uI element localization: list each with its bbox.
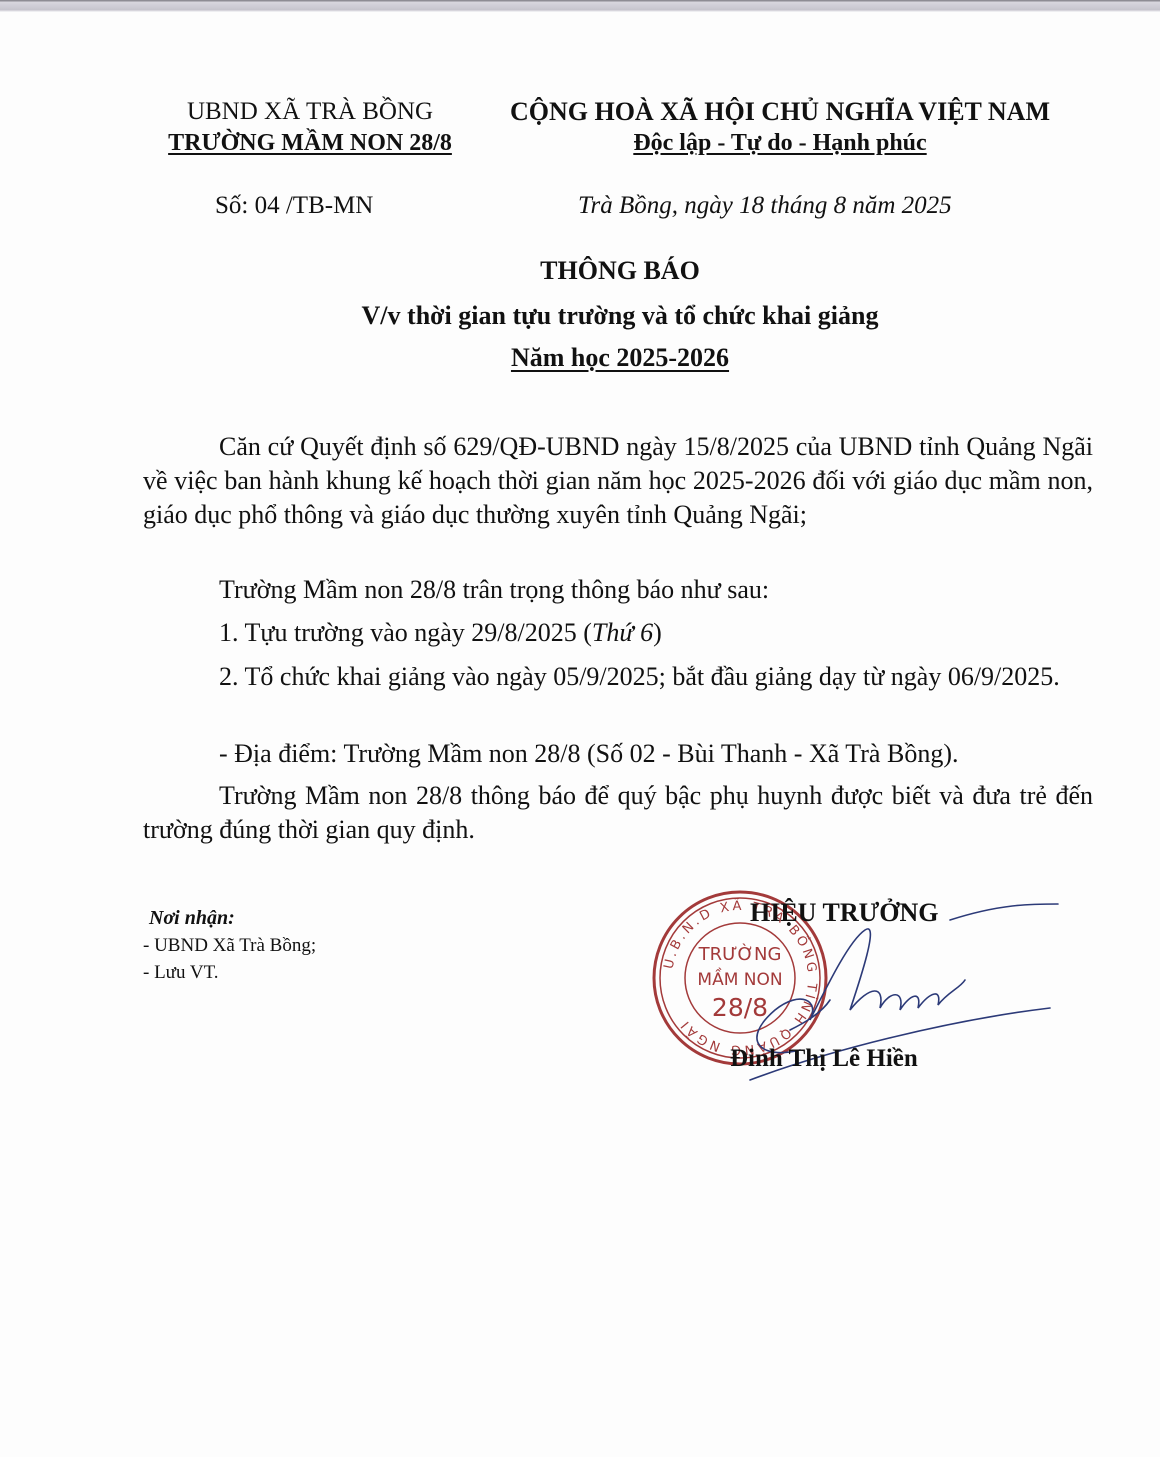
item-opening-ceremony: 2. Tổ chức khai giảng vào ngày 05/9/2025… (143, 660, 1093, 694)
item-text: 1. Tựu trường vào ngày 29/8/2025 ( (219, 618, 592, 647)
closing-paragraph: Trường Mầm non 28/8 thông báo để quý bậc… (143, 779, 1093, 847)
place-date: Trà Bồng, ngày 18 tháng 8 năm 2025 (578, 192, 952, 220)
legal-basis-paragraph: Căn cứ Quyết định số 629/QĐ-UBND ngày 15… (143, 430, 1093, 532)
national-title: CỘNG HOÀ XÃ HỘI CHỦ NGHĨA VIỆT NAM (480, 97, 1080, 127)
item-opening-day: 1. Tựu trường vào ngày 29/8/2025 (Thứ 6) (143, 616, 1093, 650)
viewer-top-bar (0, 0, 1160, 12)
signatory-title: HIỆU TRƯỞNG (750, 898, 939, 928)
signatory-name: Đinh Thị Lê Hiền (730, 1045, 918, 1073)
location-line: - Địa điểm: Trường Mầm non 28/8 (Số 02 -… (143, 737, 1093, 771)
recipients-block: Nơi nhận: - UBND Xã Trà Bồng; - Lưu VT. (143, 905, 316, 986)
paragraph-text: Trường Mầm non 28/8 thông báo để quý bậc… (143, 779, 1093, 847)
item-close: ) (653, 618, 662, 647)
recipient-item: - UBND Xã Trà Bồng; (143, 932, 316, 959)
announcement-intro: Trường Mầm non 28/8 trân trọng thông báo… (143, 573, 1093, 607)
paragraph-text: Trường Mầm non 28/8 trân trọng thông báo… (143, 573, 1093, 607)
document-heading: THÔNG BÁO (300, 256, 940, 286)
recipients-label: Nơi nhận: (149, 905, 316, 932)
paragraph-text: - Địa điểm: Trường Mầm non 28/8 (Số 02 -… (143, 737, 1093, 771)
school-name-text: TRƯỜNG MẦM NON 28/8 (168, 130, 452, 156)
issuing-authority: UBND XÃ TRÀ BỒNG (140, 98, 480, 126)
reference-number: Số: 04 /TB-MN (215, 192, 373, 220)
national-motto: Độc lập - Tự do - Hạnh phúc (480, 130, 1080, 157)
school-year: Năm học 2025-2026 (300, 343, 940, 373)
school-name: TRƯỜNG MẦM NON 28/8 (140, 130, 480, 157)
recipient-item: - Lưu VT. (143, 959, 316, 986)
national-motto-text: Độc lập - Tự do - Hạnh phúc (633, 130, 926, 156)
school-year-text: Năm học 2025-2026 (511, 343, 729, 372)
weekday-text: Thứ 6 (592, 618, 653, 647)
document-subject: V/v thời gian tựu trường và tổ chức khai… (300, 301, 940, 331)
paragraph-text: 2. Tổ chức khai giảng vào ngày 05/9/2025… (143, 660, 1093, 694)
paragraph-text: Căn cứ Quyết định số 629/QĐ-UBND ngày 15… (143, 430, 1093, 532)
